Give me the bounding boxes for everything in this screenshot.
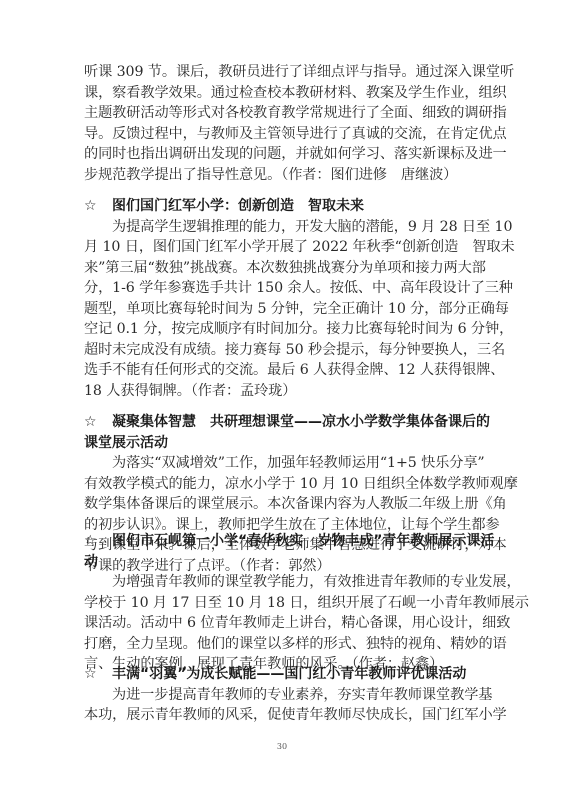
section-body-line: 打磨，全力呈现。他们的课堂以多样的形式、独特的视角、精妙的语 bbox=[84, 634, 482, 654]
section-title: 图们国门红军小学：创新创造 智取未来 bbox=[112, 198, 364, 214]
document-page: 听课 309 节。课后，教研员进行了详细点评与指导。通过深入课堂听 课，察看教学… bbox=[0, 0, 565, 800]
section-body-line: 为增强青年教师的课堂教学能力，有效推进青年教师的专业发展， bbox=[112, 572, 482, 592]
section-body-line: 课活动。活动中 6 位青年教师走上讲台，精心备课，用心设计，细致 bbox=[84, 613, 482, 633]
section-heading: ☆图们国门红军小学：创新创造 智取未来 bbox=[84, 196, 484, 216]
intro-line: 听课 309 节。课后，教研员进行了详细点评与指导。通过深入课堂听 bbox=[84, 62, 482, 82]
intro-line: 导。反馈过程中，与教师及主管领导进行了真诚的交流，在肯定优点 bbox=[84, 124, 482, 144]
section-heading-continued: 动 bbox=[84, 552, 484, 572]
section-body-line: 数学集体备课后的课堂展示。本次备课内容为人教版二年级上册《角 bbox=[84, 494, 482, 514]
section-body-line: 为进一步提高青年教师的专业素养，夯实青年教师课堂教学基 bbox=[112, 685, 482, 705]
intro-line: 的同时也指出调研出发现的问题，并就如何学习、落实新课标及进一 bbox=[84, 144, 482, 164]
intro-line: 主题教研活动等形式对各校教育教学常规进行了全面、细致的调研指 bbox=[84, 103, 482, 123]
intro-line: 课，察看教学效果。通过检查校本教研材料、教案及学生作业，组织 bbox=[84, 83, 482, 103]
section-body-line: 空记 0.1 分，按完成顺序有时间加分。接力比赛每轮时间为 6 分钟， bbox=[84, 319, 482, 339]
star-icon: ☆ bbox=[84, 196, 112, 216]
section-body-line: 分，1-6 学年参赛选手共计 150 余人。按低、中、高年段设计了三种 bbox=[84, 278, 482, 298]
section-body-line: 来”第三届“数独”挑战赛。本次数独挑战赛分为单项和接力两大部 bbox=[84, 258, 482, 278]
section-body-line: 为提高学生逻辑推理的能力，开发大脑的潜能，9 月 28 日至 10 bbox=[112, 217, 482, 237]
star-icon: ☆ bbox=[84, 664, 112, 684]
section-body-line: 超时未完成没有成绩。接力赛每 50 秒会提示，每分钟要换人，三名 bbox=[84, 340, 482, 360]
star-icon: ☆ bbox=[84, 412, 112, 432]
section-heading-continued: 课堂展示活动 bbox=[84, 433, 484, 453]
section-body-line: 18 人获得铜牌。（作者：孟玲珑） bbox=[84, 381, 482, 401]
section-body-line: 题型，单项比赛每轮时间为 5 分钟，完全正确计 10 分，部分正确每 bbox=[84, 299, 482, 319]
section-title: 图们市石岘第一小学“春华秋实 岁物丰成”青年教师展示课活 bbox=[112, 533, 494, 549]
page-number: 30 bbox=[272, 742, 292, 751]
section-heading: ☆丰满“羽翼”为成长赋能——国门红小青年教师评优课活动 bbox=[84, 664, 484, 684]
intro-line: 步规范教学提出了指导性意见。（作者：图们进修 唐继波） bbox=[84, 165, 482, 185]
section-heading: ☆图们市石岘第一小学“春华秋实 岁物丰成”青年教师展示课活 bbox=[84, 531, 484, 551]
section-body-line: 选手不能有任何形式的交流。最后 6 人获得金牌、12 人获得银牌、 bbox=[84, 360, 482, 380]
section-body-line: 学校于 10 月 17 日至 10 月 18 日，组织开展了石岘一小青年教师展示 bbox=[84, 593, 482, 613]
section-body-line: 本功，展示青年教师的风采，促使青年教师尽快成长，国门红军小学 bbox=[84, 705, 482, 725]
section-heading: ☆凝聚集体智慧 共研理想课堂——凉水小学数学集体备课后的 bbox=[84, 412, 484, 432]
section-title: 凝聚集体智慧 共研理想课堂——凉水小学数学集体备课后的 bbox=[112, 414, 490, 430]
section-title: 丰满“羽翼”为成长赋能——国门红小青年教师评优课活动 bbox=[112, 666, 466, 682]
section-body-line: 月 10 日，图们国门红军小学开展了 2022 年秋季“创新创造 智取未 bbox=[84, 237, 482, 257]
section-body-line: 有效教学模式的能力，凉水小学于 10 月 10 日组织全体数学教师观摩 bbox=[84, 474, 482, 494]
star-icon: ☆ bbox=[84, 531, 112, 551]
section-body-line: 为落实“双减增效”工作，加强年轻教师运用“1+5 快乐分享” bbox=[112, 453, 482, 473]
